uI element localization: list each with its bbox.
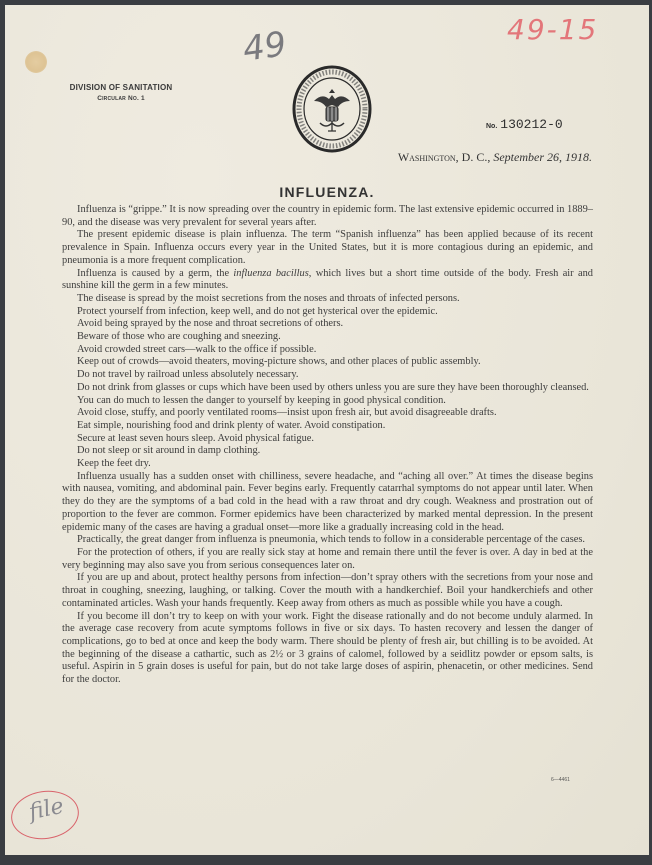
- paragraph: Secure at least seven hours sleep. Avoid…: [62, 433, 593, 446]
- paragraph: Keep out of crowds—avoid theaters, movin…: [62, 356, 593, 369]
- paragraph: Eat simple, nourishing food and drink pl…: [62, 420, 593, 433]
- document-number-label: No.: [486, 123, 497, 130]
- paragraph: Do not sleep or sit around in damp cloth…: [62, 445, 593, 458]
- handwritten-red-number: 49-15: [507, 13, 598, 46]
- stain-mark: [25, 51, 47, 73]
- paragraph: Do not drink from glasses or cups which …: [62, 382, 593, 395]
- dateline-place: Washington, D. C.,: [398, 150, 491, 164]
- paragraph: The present epidemic disease is plain in…: [62, 229, 593, 267]
- document-number: No.130212-0: [486, 117, 563, 132]
- paragraph: For the protection of others, if you are…: [62, 547, 593, 572]
- circular-number: Circular No. 1: [61, 95, 181, 102]
- paragraph: Influenza is caused by a germ, the influ…: [62, 268, 593, 293]
- paragraph: Practically, the great danger from influ…: [62, 534, 593, 547]
- document-page: 49-15 49 DIVISION OF SANITATION Circular…: [5, 5, 649, 855]
- navy-seal-icon: [292, 65, 372, 153]
- paragraph: The disease is spread by the moist secre…: [62, 293, 593, 306]
- document-number-value: 130212-0: [500, 117, 562, 132]
- paragraph: Avoid being sprayed by the nose and thro…: [62, 318, 593, 331]
- paragraph: Keep the feet dry.: [62, 458, 593, 471]
- paragraph: If you become ill don’t try to keep on w…: [62, 611, 593, 687]
- paragraph: Influenza is “grippe.” It is now spreadi…: [62, 204, 593, 229]
- document-body: Influenza is “grippe.” It is now spreadi…: [62, 204, 593, 687]
- paragraph: If you are up and about, protect healthy…: [62, 572, 593, 610]
- division-name: DIVISION OF SANITATION: [61, 83, 181, 92]
- dateline-date: September 26, 1918.: [493, 150, 592, 164]
- dateline: Washington, D. C., September 26, 1918.: [398, 150, 592, 165]
- letterhead-division: DIVISION OF SANITATION Circular No. 1: [61, 83, 181, 102]
- paragraph: Avoid close, stuffy, and poorly ventilat…: [62, 407, 593, 420]
- handwritten-pencil-mark: 49: [240, 24, 288, 70]
- paragraph: Beware of those who are coughing and sne…: [62, 331, 593, 344]
- paragraph-text: Influenza is caused by a germ, the: [77, 268, 233, 279]
- paragraph: Influenza usually has a sudden onset wit…: [62, 471, 593, 535]
- paragraph: Avoid crowded street cars—walk to the of…: [62, 344, 593, 357]
- document-title: INFLUENZA.: [5, 184, 649, 200]
- print-code: 6—4461: [551, 777, 570, 783]
- paragraph-italic: influenza bacillus: [233, 268, 308, 279]
- paragraph: Do not travel by railroad unless absolut…: [62, 369, 593, 382]
- paragraph: Protect yourself from infection, keep we…: [62, 306, 593, 319]
- paragraph: You can do much to lessen the danger to …: [62, 395, 593, 408]
